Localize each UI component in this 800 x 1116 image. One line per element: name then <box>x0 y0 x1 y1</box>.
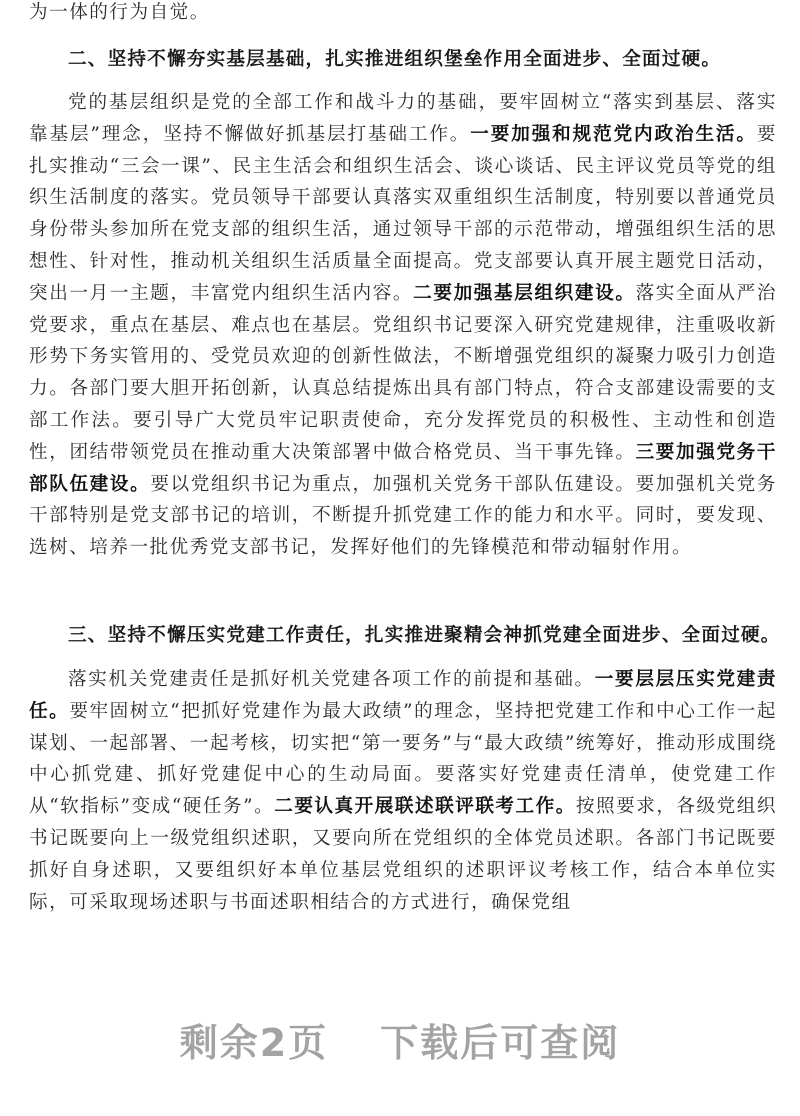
paragraph-text: 落实机关党建责任是抓好机关党建各项工作的前提和基础。 <box>68 669 595 690</box>
bold-point-1: 一要加强和规范党内政治生活。 <box>470 124 757 145</box>
remaining-pages-label: 剩余2页 <box>180 1012 328 1067</box>
paragraph-section-3: 落实机关党建责任是抓好机关党建各项工作的前提和基础。一要层层压实党建责任。要牢固… <box>29 664 777 918</box>
download-prompt[interactable]: 剩余2页下载后可查阅 <box>0 1012 800 1067</box>
paragraph-text: 落实全面从严治党要求，重点在基层、难点也在基层。党组织书记要深入研究党建规律，注… <box>29 283 777 463</box>
section-heading-3: 三、坚持不懈压实党建工作责任，扎实推进聚精会神抓党建全面进步、全面过硬。 <box>29 620 781 652</box>
paragraph-text: 要扎实推动“三会一课”、民主生活会和组织生活会、谈心谈话、民主评议党员等党的组织… <box>29 124 777 304</box>
paragraph-continuation: 为一体的行为自觉。 <box>29 0 210 29</box>
paragraph-text: 为一体的行为自觉。 <box>29 2 210 23</box>
paragraph-section-2: 党的基层组织是党的全部工作和战斗力的基础，要牢固树立“落实到基层、落实靠基层”理… <box>29 87 777 564</box>
bold-point-2: 二要认真开展联述联评联考工作。 <box>274 796 576 817</box>
download-to-view-label[interactable]: 下载后可查阅 <box>380 1012 620 1067</box>
bold-point-2: 二要加强基层组织建设。 <box>413 283 635 304</box>
section-heading-2: 二、坚持不懈夯实基层基础，扎实推进组织堡垒作用全面进步、全面过硬。 <box>29 44 721 76</box>
